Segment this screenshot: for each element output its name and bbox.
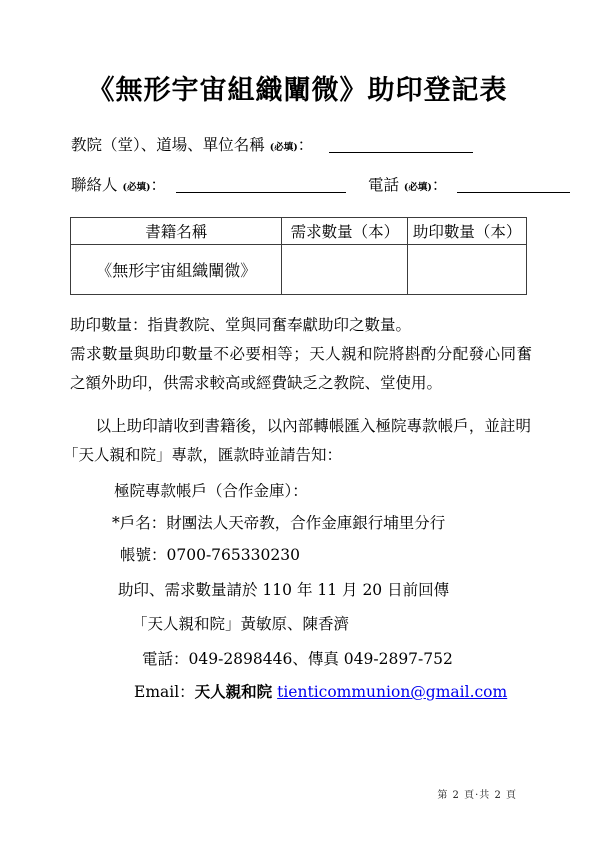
colon: ：: [298, 136, 314, 154]
colon: ：: [150, 176, 166, 194]
page-title: 《無形宇宙組織闡微》助印登記表: [0, 68, 595, 107]
table-header-row: 書籍名稱 需求數量（本） 助印數量（本）: [71, 218, 527, 245]
org-name-blank-field[interactable]: [329, 136, 473, 153]
required-tag: (必填): [270, 142, 298, 153]
account-name-line: *戶名：財團法人天帝教，合作金庫銀行埔里分行: [112, 511, 445, 533]
phone-label: 電話: [368, 176, 399, 194]
remittance-paragraph: 以上助印請收到書籍後，以內部轉帳匯入極院專款帳戶，並註明「天人親和院」專款，匯款…: [63, 412, 531, 470]
page-number-footer: 第 2 頁·共 2 頁: [437, 786, 517, 801]
print-qty-cell[interactable]: [408, 245, 527, 295]
header-print-qty: 助印數量（本）: [408, 218, 527, 245]
book-order-table: 書籍名稱 需求數量（本） 助印數量（本） 《無形宇宙組織闡微》: [70, 217, 527, 295]
account-number-line: 帳號：0700-765330230: [120, 543, 300, 565]
document-page: 《無形宇宙組織闡微》助印登記表 教院（堂）、道場、單位名稱 (必填)： 聯絡人 …: [0, 0, 595, 842]
required-tag: (必填): [404, 182, 432, 193]
email-line: Email：天人親和院 tienticommunion@gmail.com: [134, 680, 507, 702]
email-address-link[interactable]: tienticommunion@gmail.com: [277, 683, 507, 701]
phone-fax-line: 電話：049-2898446、傳真 049-2897-752: [142, 647, 453, 669]
email-org-name: 天人親和院: [195, 682, 273, 701]
table-row: 《無形宇宙組織闡微》: [71, 245, 527, 295]
notes-block: 助印數量：指貴教院、堂與同奮奉獻助印之數量。 需求數量與助印數量不必要相等；天人…: [70, 311, 532, 398]
colon: ：: [432, 176, 448, 194]
note-line-2: 需求數量與助印數量不必要相等；天人親和院將斟酌分配發心同奮之額外助印，供需求較高…: [70, 340, 532, 398]
header-book-name: 書籍名稱: [71, 218, 282, 245]
contact-phone-line: 聯絡人 (必填)：電話 (必填)：: [71, 173, 570, 195]
note-line-1: 助印數量：指貴教院、堂與同奮奉獻助印之數量。: [70, 311, 532, 340]
org-name-line: 教院（堂）、道場、單位名稱 (必填)：: [71, 133, 473, 155]
demand-qty-cell[interactable]: [282, 245, 408, 295]
contact-blank-field[interactable]: [176, 176, 346, 193]
book-title-cell: 《無形宇宙組織闡微》: [71, 245, 282, 295]
deadline-line: 助印、需求數量請於 110 年 11 月 20 日前回傳: [118, 578, 449, 600]
phone-blank-field[interactable]: [457, 176, 570, 193]
required-tag: (必填): [122, 182, 150, 193]
email-label: Email：: [134, 683, 195, 701]
header-demand-qty: 需求數量（本）: [282, 218, 408, 245]
recipients-line: 「天人親和院」黃敏原、陳香濟: [132, 612, 349, 634]
contact-label: 聯絡人: [71, 176, 118, 194]
account-title-line: 極院專款帳戶（合作金庫）：: [114, 479, 308, 501]
org-name-label: 教院（堂）、道場、單位名稱: [71, 136, 265, 154]
